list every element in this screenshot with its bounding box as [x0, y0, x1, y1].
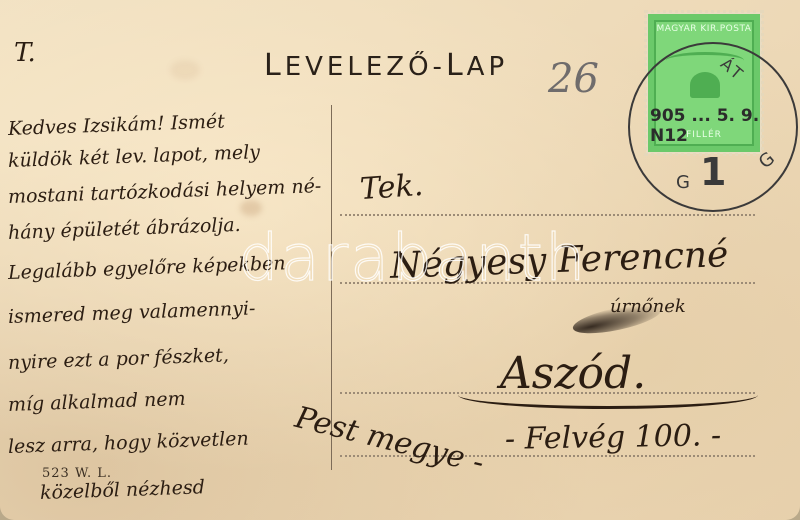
message-line: lesz arra, hogy közvetlen: [8, 428, 249, 458]
pencil-number: 26: [548, 56, 599, 102]
address-line-1: [340, 214, 755, 216]
address-street: - Felvég 100. -: [505, 418, 722, 457]
message-line: küldök két lev. lapot, mely: [8, 141, 261, 172]
city-underline: [458, 392, 758, 409]
corner-mark: T.: [14, 38, 36, 68]
message-line: nyire ezt a por fészket,: [8, 344, 230, 374]
title-part: L: [264, 48, 285, 83]
message-line: mostani tartózkodási helyem né-: [8, 175, 322, 208]
message-line: ismered meg valamennyi-: [8, 297, 256, 328]
message-line: Kedves Izsikám! Ismét: [8, 110, 226, 140]
printer-code: 523 W. L.: [42, 466, 112, 481]
postcard: LEVELEZŐ-LAP 26 T. Kedves Izsikám! Ismét…: [0, 0, 800, 520]
message-line: míg alkalmad nem: [8, 388, 186, 416]
diagonal-note: Pest megye -: [292, 400, 488, 481]
title-part: L: [446, 48, 467, 83]
postcard-title: LEVELEZŐ-LAP: [264, 48, 508, 83]
postmark-date: 905 ... 5. 9. N12: [650, 106, 800, 146]
paper-stain: [240, 200, 262, 216]
title-part: EVELEZŐ-: [285, 52, 446, 82]
paper-stain: [170, 60, 200, 80]
title-part: AP: [467, 52, 508, 82]
message-line: hány épületét ábrázolja.: [8, 214, 241, 244]
stamp-country-text: MAGYAR KIR.POSTA: [656, 24, 752, 34]
postmark-letter: G: [676, 172, 690, 193]
address-salutation: Tek.: [359, 168, 424, 207]
watermark: darabanth: [238, 222, 587, 296]
postmark-number: 1: [700, 150, 726, 194]
